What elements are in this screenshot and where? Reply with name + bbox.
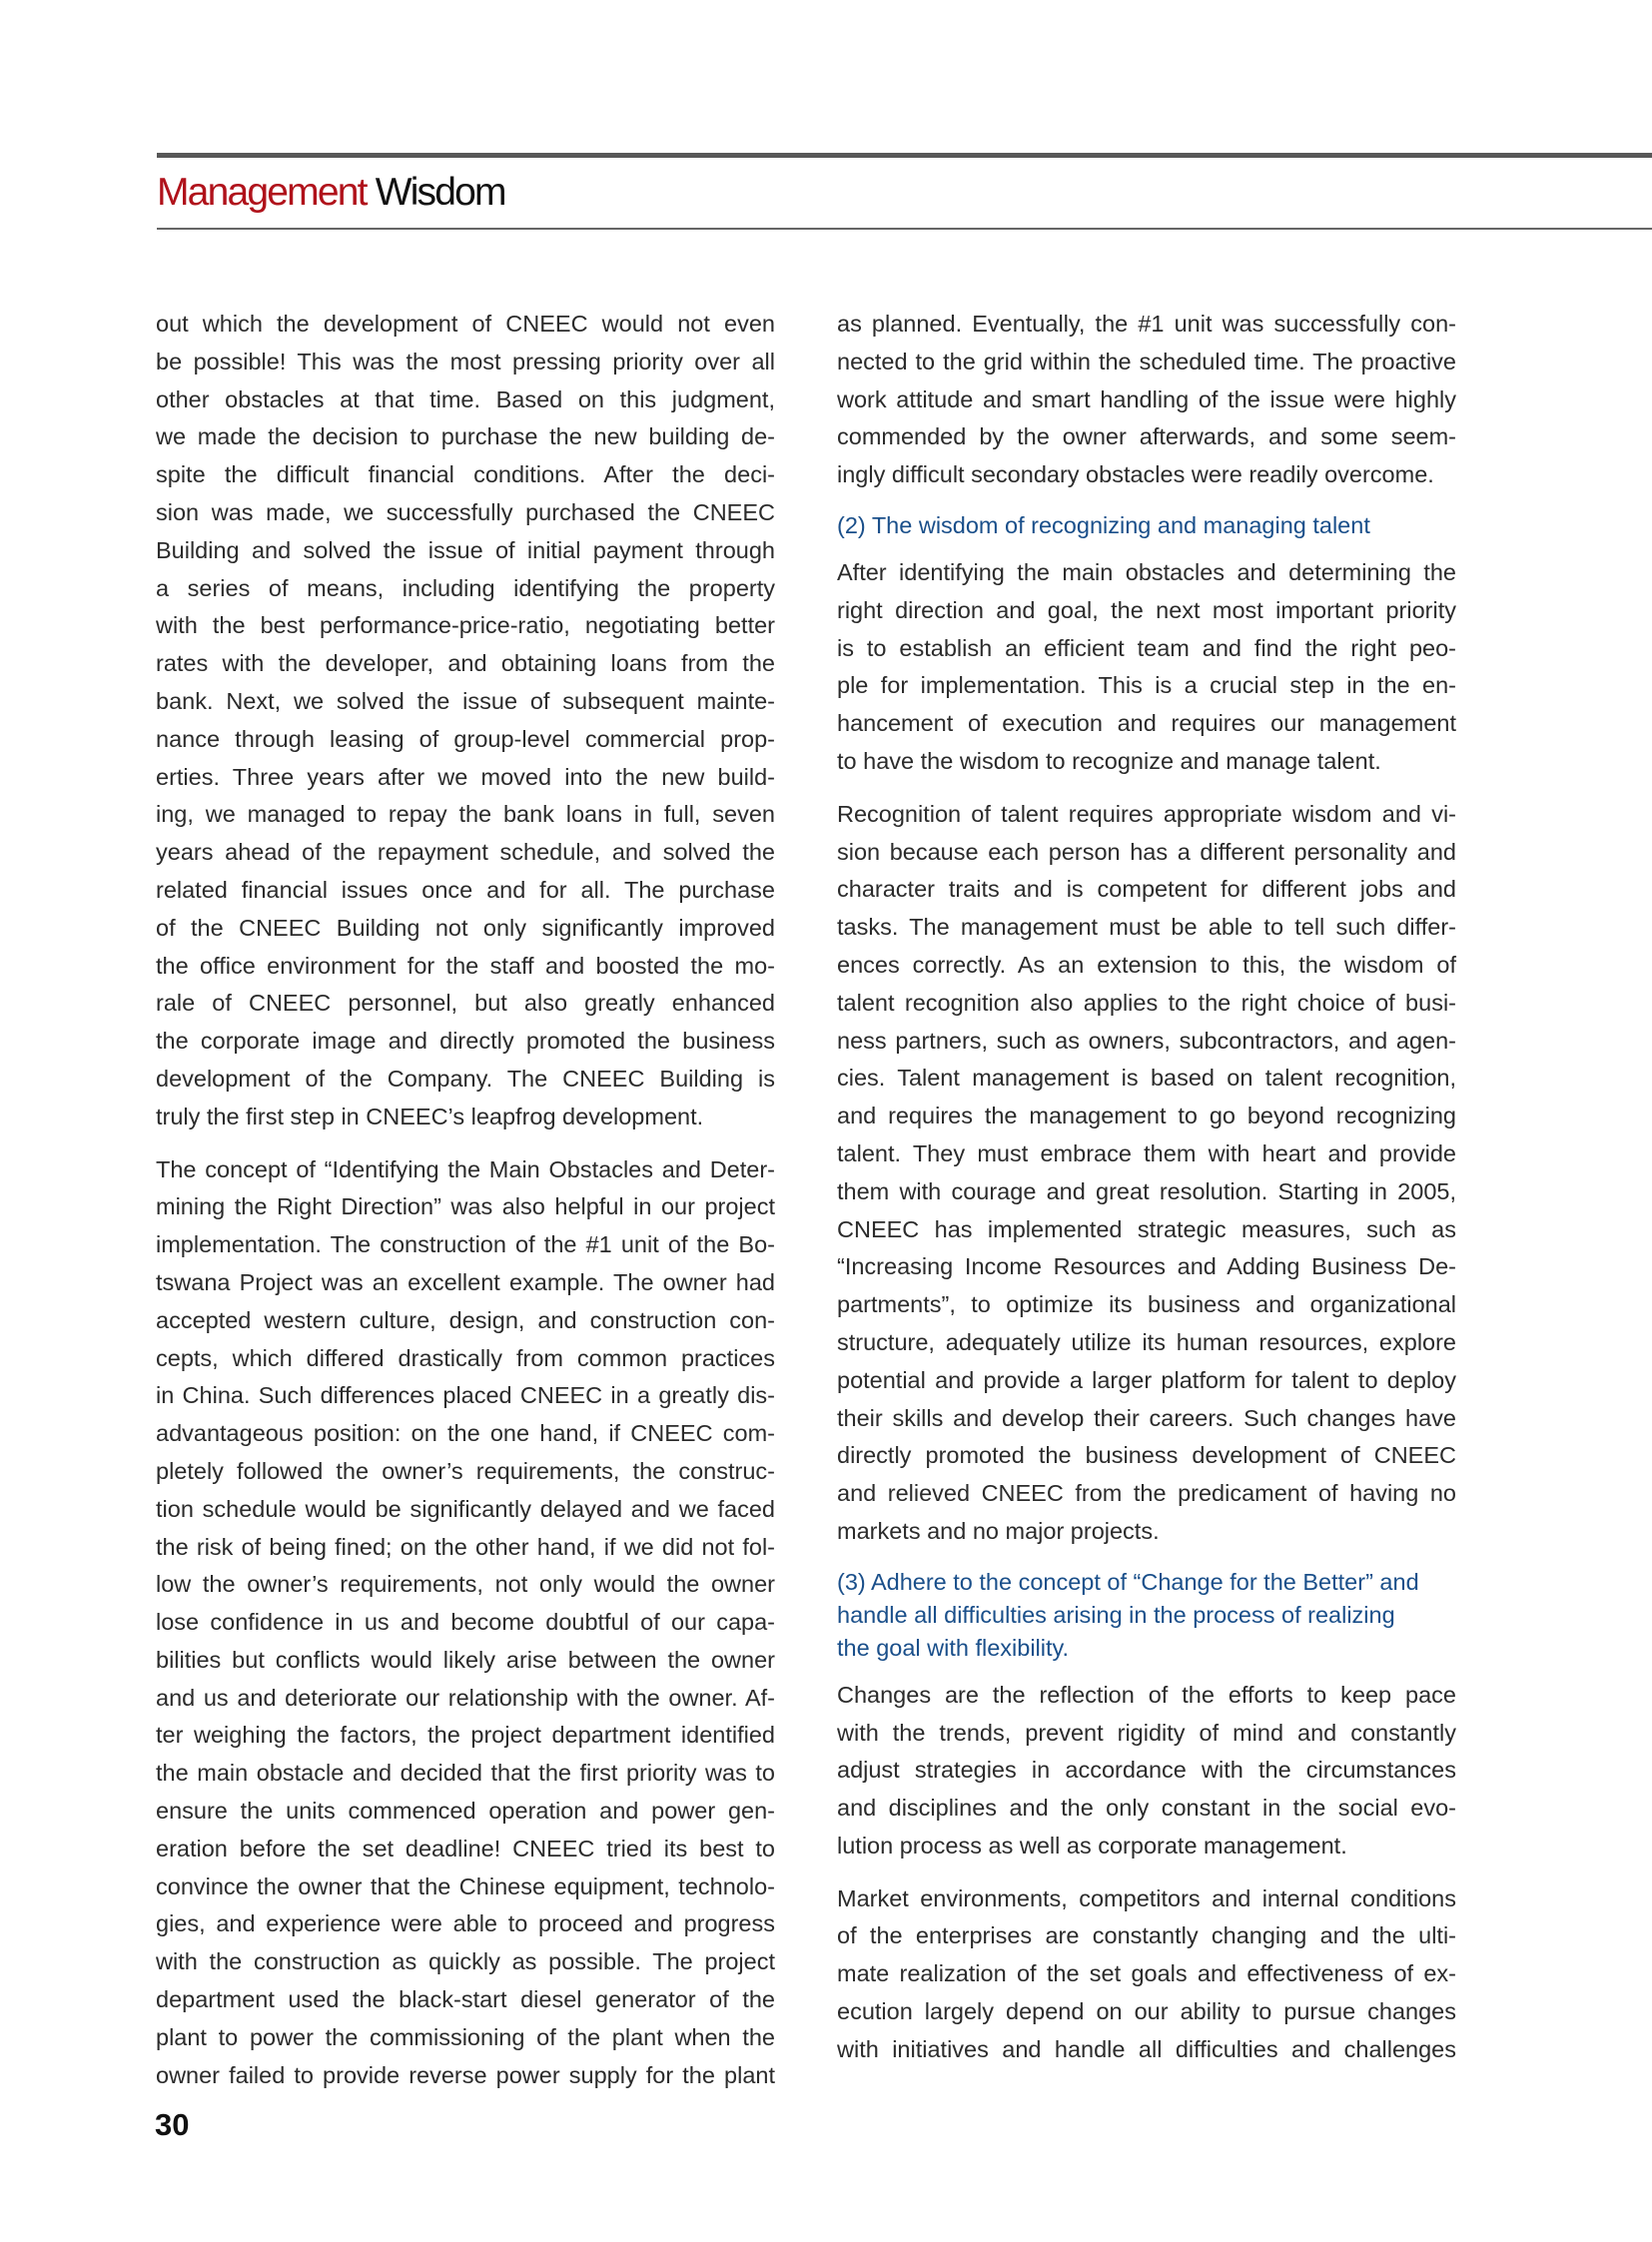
text-line: markets and no major projects. [837,1513,1456,1551]
text-line: right direction and goal, the next most … [837,592,1456,630]
text-line: in China. Such differences placed CNEEC … [156,1377,775,1415]
text-line: mate realization of the set goals and ef… [837,1955,1456,1993]
section-title-management: Management [157,171,367,214]
text-line: ple for implementation. This is a crucia… [837,667,1456,705]
text-line: nected to the grid within the scheduled … [837,344,1456,381]
subheading-talent: (2) The wisdom of recognizing and managi… [837,509,1456,542]
text-line: bilities but conflicts would likely aris… [156,1642,775,1680]
text-line: erties. Three years after we moved into … [156,759,775,797]
text-line: CNEEC has implemented strategic measures… [837,1211,1456,1249]
text-line: and disciplines and the only constant in… [837,1790,1456,1828]
text-line: low the owner’s requirements, not only w… [156,1566,775,1604]
text-line: potential and provide a larger platform … [837,1362,1456,1400]
text-line: development of the Company. The CNEEC Bu… [156,1061,775,1099]
paragraph: out which the development of CNEEC would… [156,306,775,1136]
section-title: Management Wisdom [157,168,505,218]
text-line: tion schedule would be significantly del… [156,1491,775,1529]
text-line: lose confidence in us and become doubtfu… [156,1604,775,1642]
text-line: After identifying the main obstacles and… [837,554,1456,592]
subheading-change: (3) Adhere to the concept of “Change for… [837,1566,1456,1665]
paragraph: Recognition of talent requires appropria… [837,796,1456,1551]
text-line: a series of means, including identifying… [156,570,775,608]
page-number: 30 [155,2107,189,2143]
text-line: other obstacles at that time. Based on t… [156,381,775,419]
text-line: rates with the developer, and obtaining … [156,645,775,683]
text-line: nance through leasing of group-level com… [156,721,775,759]
text-line: “Increasing Income Resources and Adding … [837,1248,1456,1286]
text-line: (2) The wisdom of recognizing and managi… [837,509,1456,542]
text-line: ecution largely depend on our ability to… [837,1993,1456,2031]
text-line: commended by the owner afterwards, and s… [837,418,1456,456]
text-line: spite the difficult financial conditions… [156,456,775,494]
text-line: tswana Project was an excellent example.… [156,1264,775,1302]
text-line: handle all difficulties arising in the p… [837,1599,1456,1632]
text-line: the office environment for the staff and… [156,948,775,986]
text-line: the corporate image and directly promote… [156,1023,775,1061]
text-line: ensure the units commenced operation and… [156,1793,775,1831]
text-line: owner failed to provide reverse power su… [156,2057,775,2095]
text-line: the goal with flexibility. [837,1632,1456,1665]
text-line: sion was made, we successfully purchased… [156,494,775,532]
text-line: them with courage and great resolution. … [837,1173,1456,1211]
text-line: is to establish an efficient team and fi… [837,630,1456,668]
text-line: talent recognition also applies to the r… [837,985,1456,1023]
text-line: advantageous position: on the one hand, … [156,1415,775,1453]
text-line: bank. Next, we solved the issue of subse… [156,683,775,721]
text-line: cepts, which differed drastically from c… [156,1340,775,1378]
text-line: with the best performance-price-ratio, n… [156,607,775,645]
section-title-wisdom: Wisdom [376,171,505,214]
header-top-bar [157,153,1652,158]
text-line: directly promoted the business developme… [837,1437,1456,1475]
text-line: the main obstacle and decided that the f… [156,1755,775,1793]
text-line: we made the decision to purchase the new… [156,418,775,456]
text-line: ences correctly. As an extension to this… [837,947,1456,985]
text-line: Building and solved the issue of initial… [156,532,775,570]
text-line: character traits and is competent for di… [837,871,1456,909]
text-line: truly the first step in CNEEC’s leapfrog… [156,1099,775,1136]
text-line: Recognition of talent requires appropria… [837,796,1456,834]
text-line: and us and deteriorate our relationship … [156,1680,775,1718]
text-line: rale of CNEEC personnel, but also greatl… [156,985,775,1023]
text-line: implementation. The construction of the … [156,1226,775,1264]
text-line: of the CNEEC Building not only significa… [156,910,775,948]
text-line: partments”, to optimize its business and… [837,1286,1456,1324]
text-line: talent. They must embrace them with hear… [837,1135,1456,1173]
paragraph: Market environments, competitors and int… [837,1880,1456,2069]
paragraph: Changes are the reflection of the effort… [837,1677,1456,1866]
text-line: The concept of “Identifying the Main Obs… [156,1151,775,1189]
text-line: gies, and experience were able to procee… [156,1905,775,1943]
text-line: with the trends, prevent rigidity of min… [837,1715,1456,1753]
text-line: ness partners, such as owners, subcontra… [837,1023,1456,1061]
text-line: their skills and develop their careers. … [837,1400,1456,1438]
text-line: structure, adequately utilize its human … [837,1324,1456,1362]
header-rule [157,228,1652,230]
right-column: as planned. Eventually, the #1 unit was … [837,306,1456,2084]
text-line: convince the owner that the Chinese equi… [156,1868,775,1906]
text-line: the risk of being fined; on the other ha… [156,1529,775,1567]
text-line: cies. Talent management is based on tale… [837,1060,1456,1098]
text-line: ter weighing the factors, the project de… [156,1717,775,1755]
text-line: as planned. Eventually, the #1 unit was … [837,306,1456,344]
text-line: of the enterprises are constantly changi… [837,1917,1456,1955]
paragraph: as planned. Eventually, the #1 unit was … [837,306,1456,494]
text-line: and relieved CNEEC from the predicament … [837,1475,1456,1513]
paragraph: The concept of “Identifying the Main Obs… [156,1151,775,2095]
text-line: related financial issues once and for al… [156,872,775,910]
text-line: to have the wisdom to recognize and mana… [837,743,1456,781]
text-line: Changes are the reflection of the effort… [837,1677,1456,1715]
text-line: hancement of execution and requires our … [837,705,1456,743]
paragraph: After identifying the main obstacles and… [837,554,1456,781]
text-line: adjust strategies in accordance with the… [837,1752,1456,1790]
text-line: lution process as well as corporate mana… [837,1828,1456,1866]
text-line: with the construction as quickly as poss… [156,1943,775,1981]
text-line: (3) Adhere to the concept of “Change for… [837,1566,1456,1599]
text-line: department used the black-start diesel g… [156,1981,775,2019]
text-line: plant to power the commissioning of the … [156,2019,775,2057]
text-line: and requires the management to go beyond… [837,1098,1456,1135]
text-line: out which the development of CNEEC would… [156,306,775,344]
text-line: ing, we managed to repay the bank loans … [156,796,775,834]
text-line: be possible! This was the most pressing … [156,344,775,381]
text-line: ingly difficult secondary obstacles were… [837,456,1456,494]
text-line: eration before the set deadline! CNEEC t… [156,1831,775,1868]
text-line: pletely followed the owner’s requirement… [156,1453,775,1491]
text-line: work attitude and smart handling of the … [837,381,1456,419]
left-column: out which the development of CNEEC would… [156,306,775,2109]
text-line: accepted western culture, design, and co… [156,1302,775,1340]
text-line: Market environments, competitors and int… [837,1880,1456,1918]
text-line: mining the Right Direction” was also hel… [156,1188,775,1226]
text-line: tasks. The management must be able to te… [837,909,1456,947]
text-line: with initiatives and handle all difficul… [837,2031,1456,2069]
text-line: sion because each person has a different… [837,834,1456,872]
text-line: years ahead of the repayment schedule, a… [156,834,775,872]
